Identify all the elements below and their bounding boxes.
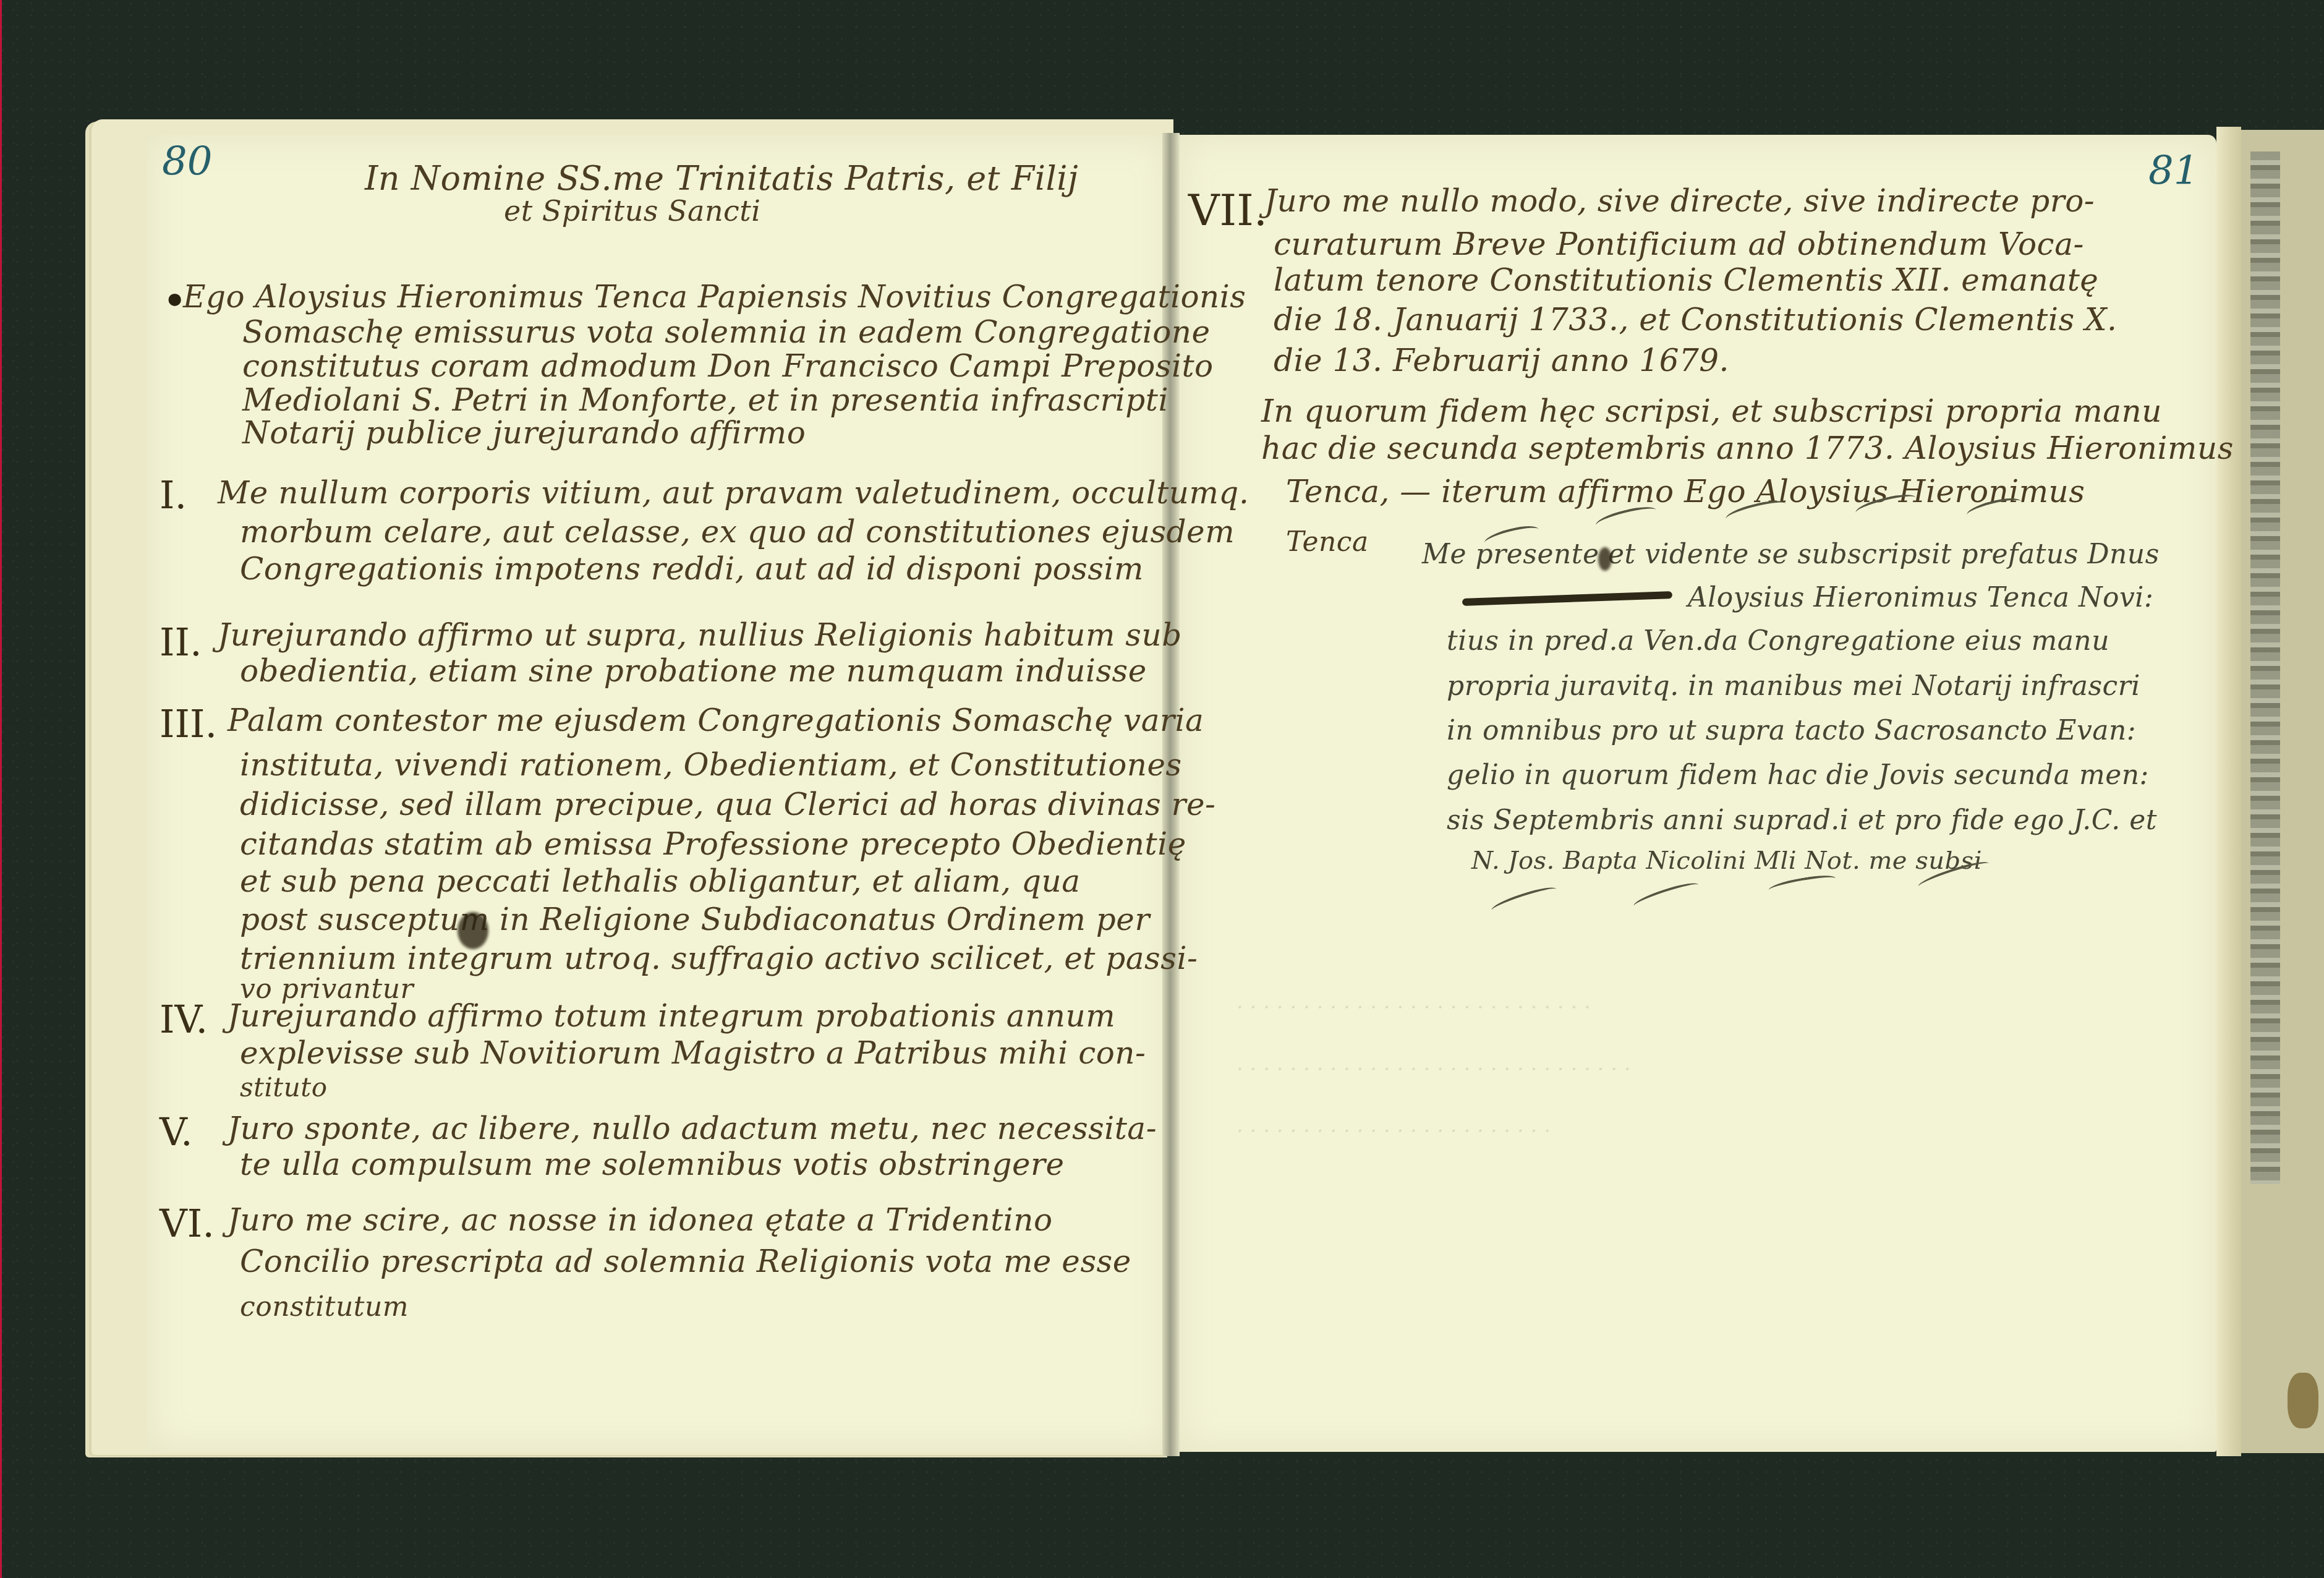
- preamble-line: Notarij publice jurejurando affirmo: [242, 417, 806, 448]
- bleed-through-text: . . . . . . . . . . . . . . . . . . . . …: [1236, 989, 1591, 1014]
- article-line: constitutum: [240, 1294, 409, 1321]
- article-line: die 18. Januarij 1733., et Constitutioni…: [1274, 304, 2117, 335]
- article-line: citandas statim ab emissa Professione pr…: [240, 829, 1186, 859]
- folio-number-right: 81: [2148, 148, 2198, 194]
- article-line: die 13. Februarij anno 1679.: [1274, 345, 1729, 376]
- preamble-line: Ego Aloysius Hieronimus Tenca Papiensis …: [183, 281, 1246, 312]
- notary-signature: N. Jos. Bapta Nicolini Mli Not. me subsi: [1471, 848, 1982, 873]
- article-line: Juro me scire, ac nosse in idonea ętate …: [228, 1205, 1053, 1235]
- preamble-line: Somaschę emissurus vota solemnia in eade…: [242, 317, 1211, 348]
- article-numeral: I.: [160, 476, 187, 514]
- closing-line: In quorum fidem hęc scripsi, et subscrip…: [1261, 396, 2162, 427]
- article-line: curaturum Breve Pontificium ad obtinendu…: [1274, 229, 2084, 260]
- article-line: Palam contestor me ejusdem Congregationi…: [228, 705, 1204, 736]
- preamble-line: Mediolani S. Petri in Monforte, et in pr…: [242, 385, 1168, 416]
- invocation-heading-line1: In Nomine SS.me Trinitatis Patris, et Fi…: [365, 162, 1078, 195]
- article-line: Juro me nullo modo, sive directe, sive i…: [1264, 186, 2095, 216]
- article-line: instituta, vivendi rationem, Obedientiam…: [240, 749, 1182, 780]
- stain-mark: [2288, 1373, 2318, 1428]
- article-line: Congregationis impotens reddi, aut ad id…: [240, 553, 1144, 584]
- closing-line: hac die secunda septembris anno 1773. Al…: [1261, 433, 2234, 464]
- fore-edge: [2216, 127, 2241, 1456]
- article-numeral: III.: [160, 705, 217, 743]
- ink-blot: [1598, 547, 1612, 571]
- attestation-line: tius in pred.a Ven.da Congregatione eius…: [1447, 628, 2109, 655]
- article-line: te ulla compulsum me solemnibus votis ob…: [240, 1149, 1064, 1180]
- closing-line: Tenca, — iterum affirmo Ego Aloysius Hie…: [1286, 476, 2085, 507]
- article-line: morbum celare, aut celasse, ex quo ad co…: [240, 516, 1235, 547]
- article-line: post susceptum in Religione Subdiaconatu…: [240, 904, 1150, 935]
- article-line: Concilio prescripta ad solemnia Religion…: [240, 1246, 1131, 1277]
- article-line: Jurejurando affirmo ut supra, nullius Re…: [218, 620, 1182, 650]
- article-line: obedientia, etiam sine probatione me num…: [240, 655, 1147, 686]
- article-line: Juro sponte, ac libere, nullo adactum me…: [228, 1113, 1157, 1144]
- article-line: Jurejurando affirmo totum integrum proba…: [228, 1000, 1115, 1031]
- folio-number-left: 80: [162, 139, 212, 185]
- attestation-line: propria juravitq. in manibus mei Notarij…: [1447, 673, 2140, 700]
- attestation-line: Me presente et vidente se subscripsit pr…: [1422, 541, 2160, 568]
- closing-line: Tenca: [1286, 529, 1369, 556]
- article-line: explevisse sub Novitiorum Magistro a Pat…: [240, 1038, 1146, 1068]
- torn-binding-strip: [2250, 151, 2280, 1184]
- attestation-line: gelio in quorum fidem hac die Jovis secu…: [1447, 762, 2149, 789]
- article-numeral: II.: [160, 623, 202, 662]
- bleed-through-text: . . . . . . . . . . . . . . . . . . . . …: [1236, 1051, 1631, 1076]
- article-line: latum tenore Constitutionis Clementis XI…: [1274, 265, 2098, 296]
- article-numeral: IV.: [160, 1000, 208, 1039]
- article-line: didicisse, sed illam precipue, qua Cleri…: [240, 789, 1216, 820]
- article-line: stituto: [240, 1075, 327, 1101]
- attestation-line: sis Septembris anni suprad.i et pro fide…: [1447, 807, 2157, 834]
- bleed-through-text: . . . . . . . . . . . . . . . . . . . . …: [1236, 1113, 1551, 1138]
- scan-edge-strip: [0, 0, 2, 1578]
- article-line: et sub pena peccati lethalis obligantur,…: [240, 866, 1080, 897]
- attestation-line: Aloysius Hieronimus Tenca Novi:: [1688, 584, 2153, 612]
- attestation-line: in omnibus pro ut supra tacto Sacrosanct…: [1447, 717, 2136, 744]
- invocation-heading-line2: et Spiritus Sancti: [504, 197, 761, 225]
- preamble-line: constitutus coram admodum Don Francisco …: [242, 351, 1214, 382]
- article-line: Me nullum corporis vitium, aut pravam va…: [218, 477, 1249, 508]
- article-numeral: V.: [160, 1113, 193, 1151]
- article-numeral: VI.: [160, 1205, 215, 1243]
- article-line: triennium integrum utroq. suffragio acti…: [240, 943, 1198, 974]
- article-numeral: VII.: [1188, 189, 1267, 232]
